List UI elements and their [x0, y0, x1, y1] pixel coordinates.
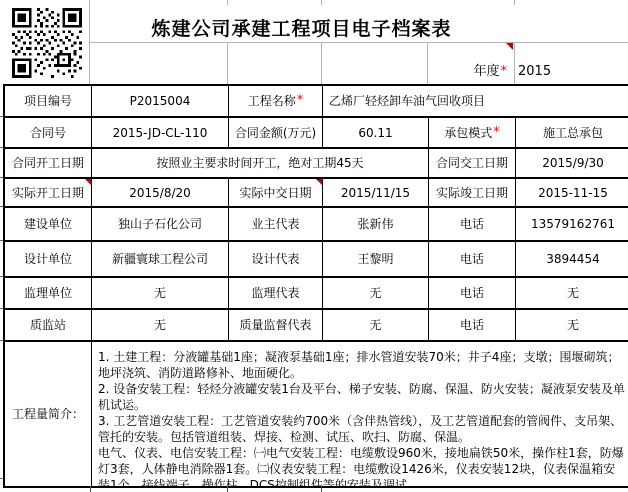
- actual-mid-value-cell[interactable]: 2015/11/15: [323, 179, 429, 208]
- contract-amount-value: 60.11: [358, 126, 392, 140]
- header-gridline: [321, 42, 322, 84]
- supervision-tel-label-cell: 电话: [429, 278, 516, 310]
- design-tel-label-cell: 电话: [429, 242, 516, 278]
- supervision-label: 监理单位: [24, 286, 72, 300]
- summary-paragraph: 电气、仪表、电信安装工程：㈠电气安装工程：电缆敷设960米，接地扁铁50米，操作…: [98, 445, 626, 486]
- header-gridline: [514, 0, 515, 5]
- design-label: 设计单位: [24, 252, 72, 266]
- year-label: 年度*: [427, 42, 514, 84]
- contract-amount-value-cell[interactable]: 60.11: [323, 118, 429, 149]
- project-no-value-cell[interactable]: P2015004: [92, 86, 229, 118]
- supervision-tel-value-cell[interactable]: 无: [516, 278, 628, 310]
- contract-handover-label: 合同交工日期: [436, 156, 508, 170]
- header-gridline: [227, 0, 228, 5]
- contract-no-value: 2015-JD-CL-110: [113, 126, 208, 140]
- contract-no-value-cell[interactable]: 2015-JD-CL-110: [92, 118, 229, 149]
- contract-start-label-cell: 合同开工日期: [5, 149, 92, 179]
- owner-tel-value: 13579162761: [531, 217, 615, 231]
- header-gridline: [227, 42, 228, 84]
- design-label-cell: 设计单位: [5, 242, 92, 278]
- quality-label: 质监站: [30, 318, 66, 332]
- comment-indicator-icon: [316, 179, 322, 185]
- contract-start-label: 合同开工日期: [12, 156, 84, 170]
- quality-rep-label-cell: 质量监督代表: [229, 310, 323, 342]
- summary-content-cell[interactable]: 1. 土建工程：分液罐基础1座；凝液泵基础1座；排水管道安装70米；井子4座；支…: [92, 342, 628, 486]
- contract-start-value-cell[interactable]: 按照业主要求时间开工，绝对工期45天: [92, 149, 429, 179]
- archive-form: 炼建公司承建工程项目电子档案表 年度* 2015 项目编号 P2015004 工…: [0, 0, 628, 492]
- design-rep-value-cell[interactable]: 王黎明: [323, 242, 429, 278]
- owner-tel-label-cell: 电话: [429, 208, 516, 242]
- project-no-label: 项目编号: [24, 94, 72, 108]
- quality-tel-value: 无: [567, 318, 579, 332]
- owner-label: 建设单位: [24, 217, 72, 231]
- contract-handover-value-cell[interactable]: 2015/9/30: [516, 149, 628, 179]
- required-asterisk: *: [297, 94, 304, 108]
- actual-mid-label-cell: 实际中交日期: [229, 179, 323, 208]
- gridline-stub: [90, 486, 91, 492]
- contract-handover-label-cell: 合同交工日期: [429, 149, 516, 179]
- qr-code-icon: [11, 8, 83, 78]
- quality-value: 无: [154, 318, 166, 332]
- actual-complete-label-cell: 实际竣工日期: [429, 179, 516, 208]
- quality-value-cell[interactable]: 无: [92, 310, 229, 342]
- quality-rep-label: 质量监督代表: [239, 318, 311, 332]
- gridline-tick: [0, 206, 3, 207]
- comment-indicator-icon: [85, 179, 91, 185]
- actual-start-label: 实际开工日期: [12, 186, 84, 200]
- contract-mode-value-cell[interactable]: 施工总承包: [516, 118, 628, 149]
- design-rep-label-cell: 设计代表: [229, 242, 323, 278]
- actual-complete-label: 实际竣工日期: [436, 186, 508, 200]
- design-rep-label: 设计代表: [251, 252, 299, 266]
- quality-tel-label: 电话: [460, 318, 484, 332]
- supervision-tel-label: 电话: [460, 286, 484, 300]
- supervision-rep-value: 无: [369, 286, 381, 300]
- contract-mode-value: 施工总承包: [543, 126, 603, 140]
- actual-start-value-cell[interactable]: 2015/8/20: [92, 179, 229, 208]
- gridline-tick: [0, 478, 3, 479]
- actual-start-label-cell: 实际开工日期: [5, 179, 92, 208]
- owner-value: 独山子石化公司: [118, 217, 202, 231]
- project-name-value-cell[interactable]: 乙烯厂轻烃卸车油气回收项目: [323, 86, 628, 118]
- gridline-stub: [227, 486, 228, 492]
- project-name-value: 乙烯厂轻烃卸车油气回收项目: [329, 94, 485, 108]
- design-rep-value: 王黎明: [357, 252, 393, 266]
- summary-label: 工程量简介：: [12, 407, 84, 421]
- supervision-label-cell: 监理单位: [5, 278, 92, 310]
- project-name-label: 工程名称: [248, 94, 296, 108]
- owner-rep-label: 业主代表: [251, 217, 299, 231]
- gridline-tick: [0, 276, 3, 277]
- project-no-label-cell: 项目编号: [5, 86, 92, 118]
- supervision-rep-label: 监理代表: [251, 286, 299, 300]
- owner-tel-label: 电话: [460, 217, 484, 231]
- actual-mid-value: 2015/11/15: [341, 186, 410, 200]
- owner-rep-value-cell[interactable]: 张新伟: [323, 208, 429, 242]
- owner-value-cell[interactable]: 独山子石化公司: [92, 208, 229, 242]
- actual-start-value: 2015/8/20: [129, 186, 191, 200]
- contract-amount-label-cell: 合同金额(万元): [229, 118, 323, 149]
- design-tel-value-cell[interactable]: 3894454: [516, 242, 628, 278]
- page-title: 炼建公司承建工程项目电子档案表: [89, 12, 514, 42]
- supervision-value: 无: [154, 286, 166, 300]
- quality-rep-value-cell[interactable]: 无: [323, 310, 429, 342]
- year-value-cell[interactable]: 2015: [514, 42, 628, 84]
- gridline-tick: [0, 147, 3, 148]
- supervision-rep-value-cell[interactable]: 无: [323, 278, 429, 310]
- design-tel-label: 电话: [460, 252, 484, 266]
- quality-label-cell: 质监站: [5, 310, 92, 342]
- quality-tel-label-cell: 电话: [429, 310, 516, 342]
- quality-tel-value-cell[interactable]: 无: [516, 310, 628, 342]
- contract-no-label: 合同号: [30, 126, 66, 140]
- owner-tel-value-cell[interactable]: 13579162761: [516, 208, 628, 242]
- gridline-tick: [0, 308, 3, 309]
- owner-rep-value: 张新伟: [357, 217, 393, 231]
- required-asterisk: *: [493, 126, 500, 140]
- actual-complete-value-cell[interactable]: 2015-11-15: [516, 179, 628, 208]
- quality-rep-value: 无: [369, 318, 381, 332]
- summary-paragraph: 2. 设备安装工程：轻烃分液罐安装1台及平台、梯子安装、防腐、保温、防火安装；凝…: [98, 381, 626, 413]
- required-asterisk: *: [501, 64, 508, 79]
- supervision-value-cell[interactable]: 无: [92, 278, 229, 310]
- main-table: 项目编号 P2015004 工程名称* 乙烯厂轻烃卸车油气回收项目 合同号 20…: [3, 84, 628, 488]
- gridline-stub: [321, 486, 322, 492]
- design-value-cell[interactable]: 新疆寰球工程公司: [92, 242, 229, 278]
- actual-mid-label: 实际中交日期: [239, 186, 311, 200]
- gridline-tick: [0, 240, 3, 241]
- supervision-tel-value: 无: [567, 286, 579, 300]
- design-tel-value: 3894454: [546, 252, 599, 266]
- gridline-tick: [0, 116, 3, 117]
- supervision-rep-label-cell: 监理代表: [229, 278, 323, 310]
- design-value: 新疆寰球工程公司: [112, 252, 208, 266]
- actual-complete-value: 2015-11-15: [538, 186, 608, 200]
- contract-mode-label: 承包模式: [444, 126, 492, 140]
- owner-rep-label-cell: 业主代表: [229, 208, 323, 242]
- summary-paragraph: 3. 工艺管道安装工程：工艺管道安装约700米（含伴热管线），及工艺管道配套的管…: [98, 413, 626, 445]
- contract-handover-value: 2015/9/30: [542, 156, 604, 170]
- gridline-tick: [0, 340, 3, 341]
- contract-no-label-cell: 合同号: [5, 118, 92, 149]
- form-header: 炼建公司承建工程项目电子档案表 年度* 2015: [0, 0, 628, 84]
- summary-paragraph: 1. 土建工程：分液罐基础1座；凝液泵基础1座；排水管道安装70米；井子4座；支…: [98, 349, 626, 381]
- contract-amount-label: 合同金额(万元): [235, 126, 316, 140]
- year-value-text: 2015: [518, 64, 551, 79]
- summary-label-cell: 工程量简介：: [5, 342, 92, 486]
- gridline-tick: [0, 177, 3, 178]
- owner-label-cell: 建设单位: [5, 208, 92, 242]
- contract-mode-label-cell: 承包模式*: [429, 118, 516, 149]
- project-no-value: P2015004: [130, 94, 191, 108]
- project-name-label-cell: 工程名称*: [229, 86, 323, 118]
- contract-start-value: 按照业主要求时间开工，绝对工期45天: [156, 156, 363, 170]
- header-gridline: [321, 0, 322, 5]
- year-label-text: 年度: [473, 60, 499, 79]
- comment-indicator-icon: [506, 43, 513, 50]
